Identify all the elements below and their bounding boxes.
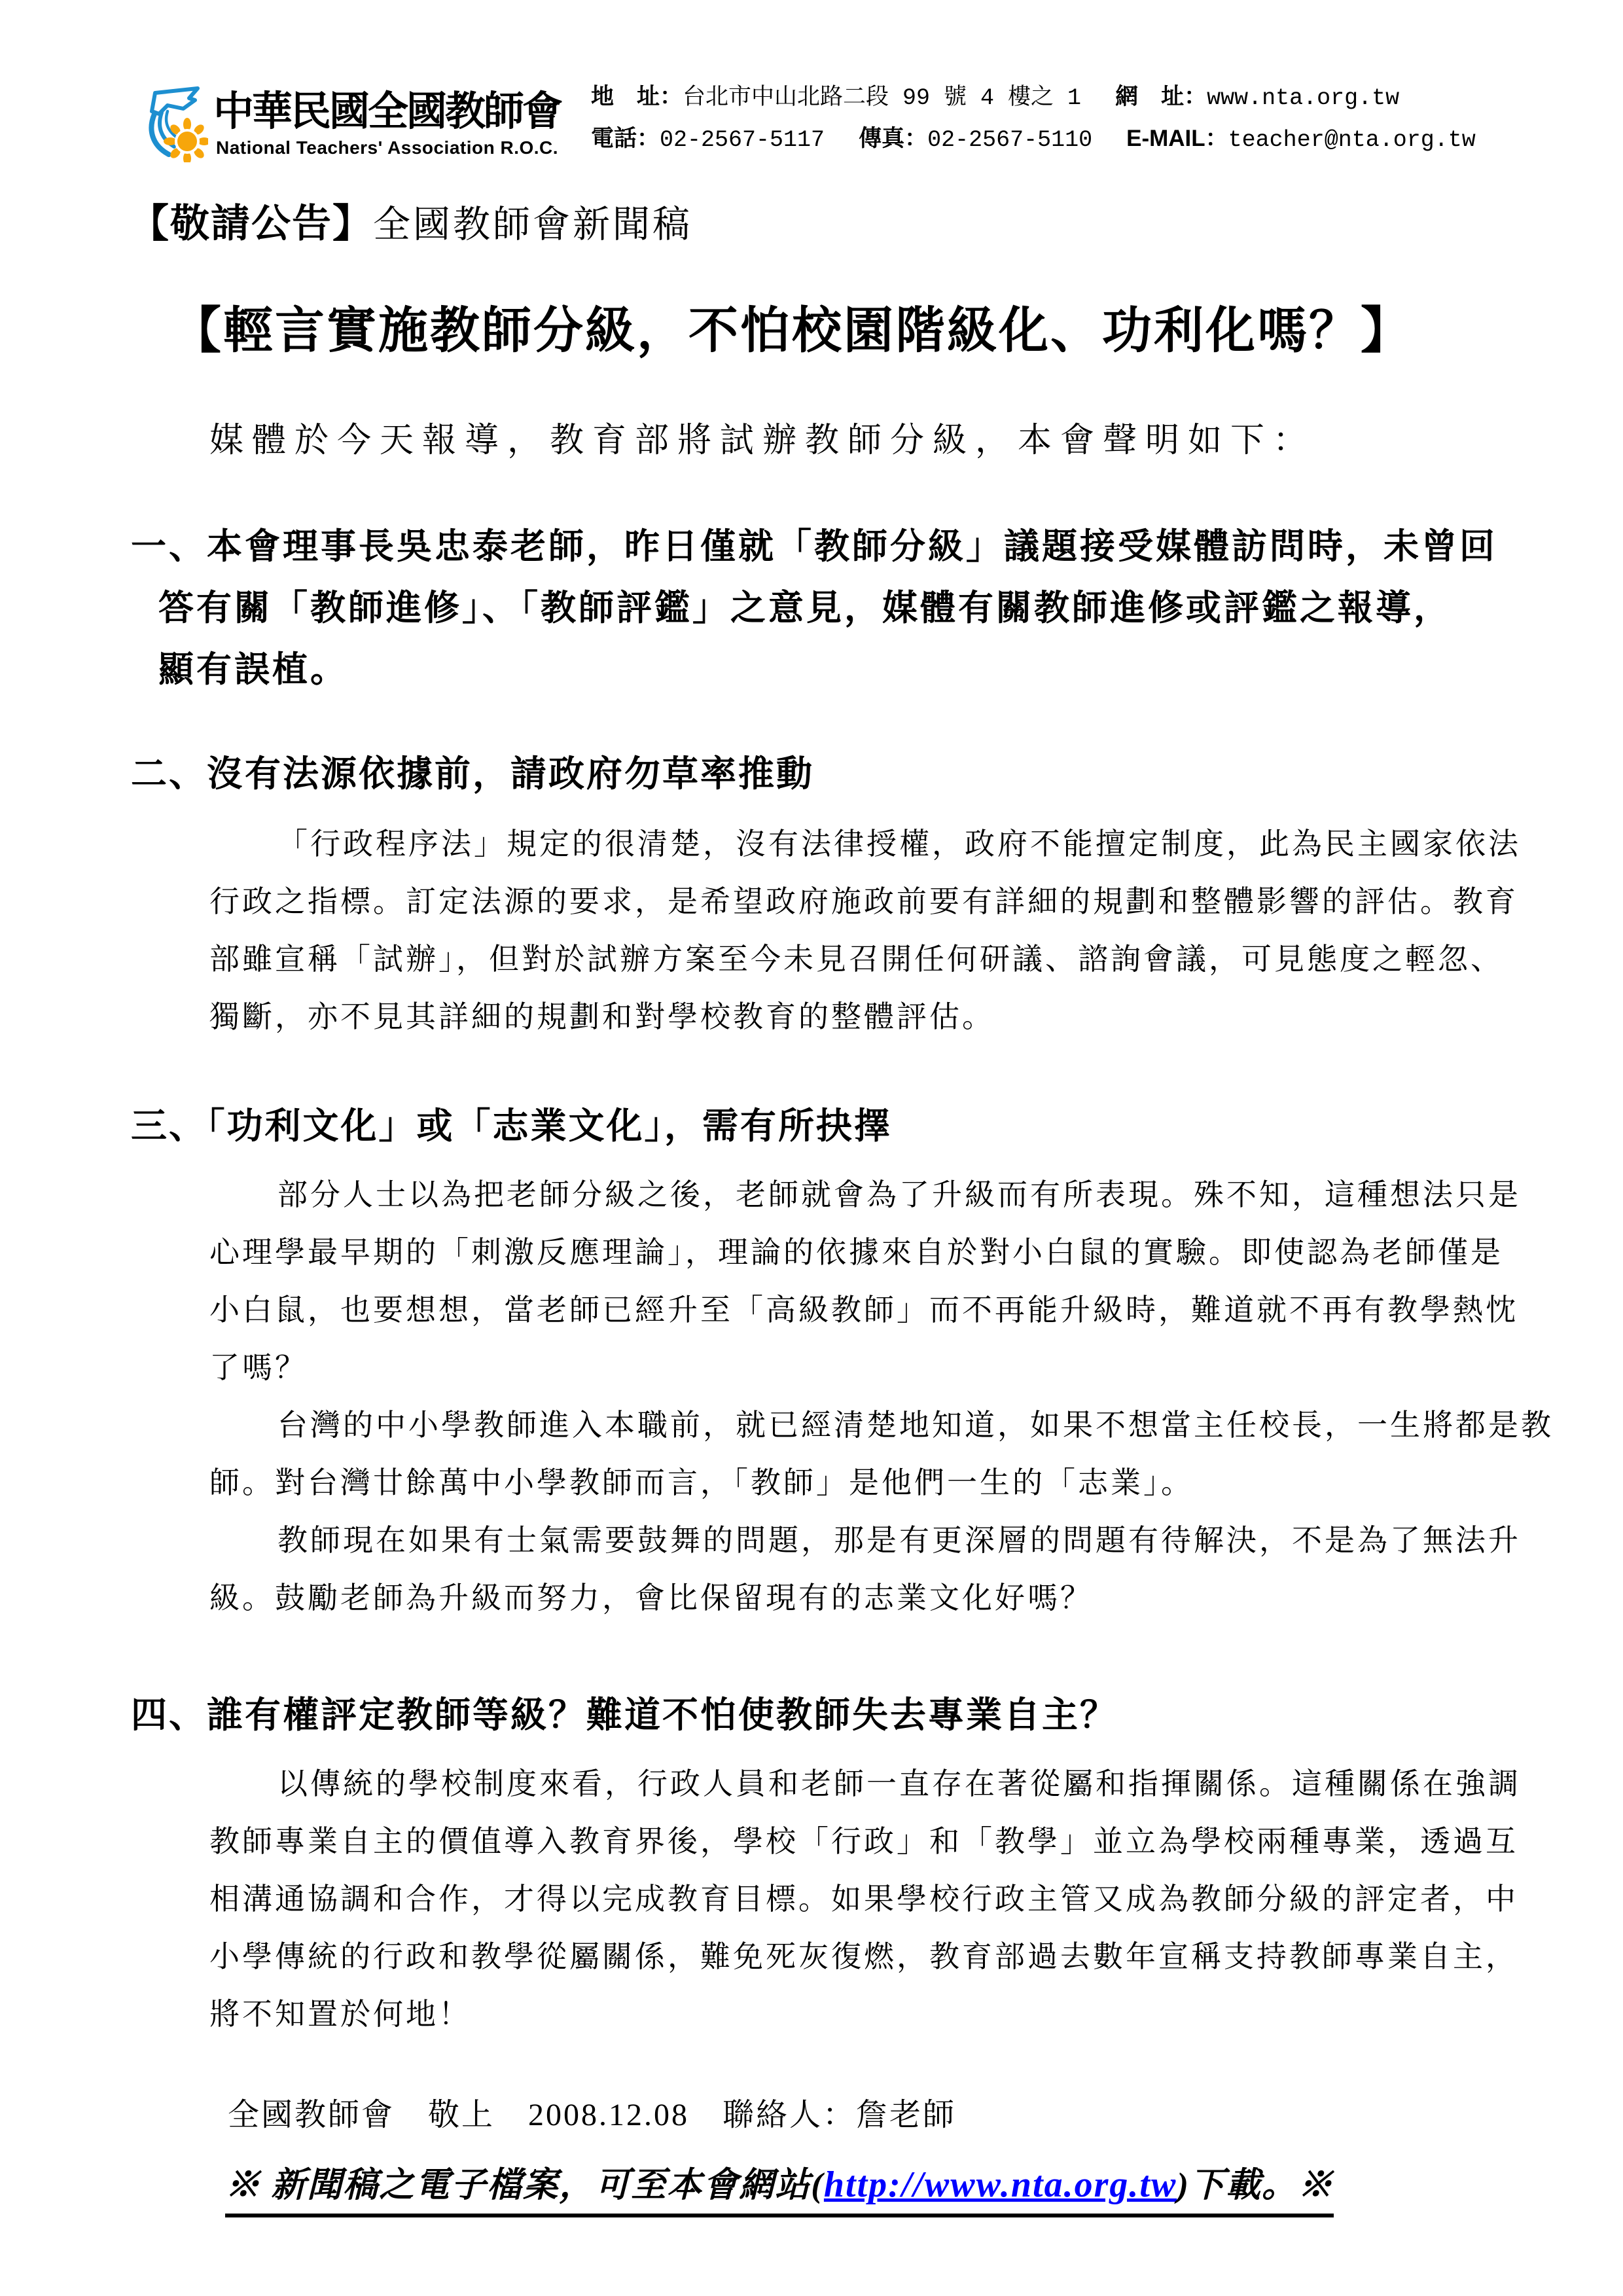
body-line: 小學傳統的行政和教學從屬關係，難免死灰復燃，教育部過去數年宣稱支持教師專業自主，	[209, 1928, 1521, 1986]
fax-value: 02-2567-5110	[927, 127, 1092, 153]
body-line: 台灣的中小學教師進入本職前，就已經清楚地知道，如果不想當主任校長，一生將都是教	[209, 1397, 1554, 1454]
intro-paragraph: 媒體於今天報導，教育部將試辦教師分級，本會聲明如下：	[209, 412, 1315, 461]
nta-logo-icon	[145, 85, 208, 162]
body-line: 級。鼓勵老師為升級而努力，會比保留現有的志業文化好嗎？	[209, 1570, 1554, 1627]
body-line: 教師專業自主的價值導入教育界後，學校「行政」和「教學」並立為學校兩種專業，透過互	[209, 1813, 1521, 1871]
org-name-zh: 中華民國全國教師會	[213, 79, 561, 137]
section-2-heading: 二、沒有法源依據前，請政府勿草率推動	[131, 745, 814, 797]
body-line: 心理學最早期的「刺激反應理論」，理論的依據來自於對小白鼠的實驗。即使認為老師僅是	[209, 1224, 1554, 1282]
signoff-line: 全國教師會 敬上 2008.12.08 聯絡人：詹老師	[228, 2089, 956, 2134]
website-link[interactable]: http://www.nta.org.tw	[824, 2164, 1177, 2205]
logo-flag-shape	[152, 88, 198, 114]
body-line: 部分人士以為把老師分級之後，老師就會為了升級而有所表現。殊不知，這種想法只是	[209, 1166, 1554, 1224]
press-release-page: { "header": { "org_name_zh": "中華民國全國教師會"…	[0, 0, 1623, 2296]
section-4-heading: 四、誰有權評定教師等級？難道不怕使教師失去專業自主？	[131, 1686, 1118, 1738]
download-note-suffix: )下載。※	[1177, 2166, 1334, 2204]
phone-label: 電話：	[591, 126, 660, 151]
download-note-prefix: ※ 新聞稿之電子檔案，可至本會網站(	[225, 2166, 824, 2204]
section-1-line: 答有關「教師進修」、「教師評鑑」之意見，媒體有關教師進修或評鑑之報導，	[131, 577, 1497, 639]
announcement-bracket: 【敬請公告】	[130, 202, 373, 245]
body-line: 了嗎？	[209, 1339, 1554, 1397]
section-1-text: 本會理事長吳忠泰老師，昨日僅就「教師分級」議題接受媒體訪問時，未曾回	[207, 527, 1497, 566]
body-line: 獨斷，亦不見其詳細的規劃和對學校教育的整體評估。	[209, 988, 1521, 1046]
announcement-line: 【敬請公告】全國教師會新聞稿	[130, 196, 692, 262]
body-line: 以傳統的學校制度來看，行政人員和老師一直存在著從屬和指揮關係。這種關係在強調	[209, 1755, 1521, 1813]
contact-info: 地 址：台北市中山北路二段 99 號 4 樓之 1網 址：www.nta.org…	[591, 76, 1476, 160]
section-1: 一、本會理事長吳忠泰老師，昨日僅就「教師分級」議題接受媒體訪問時，未曾回 答有關…	[131, 516, 1497, 700]
announcement-text: 全國教師會新聞稿	[373, 204, 692, 245]
body-line: 相溝通協調和合作，才得以完成教育目標。如果學校行政主管又成為教師分級的評定者，中	[209, 1871, 1521, 1928]
section-4-body: 以傳統的學校制度來看，行政人員和老師一直存在著從屬和指揮關係。這種關係在強調 教…	[209, 1755, 1521, 2043]
contact-line-2: 電話：02-2567-5117傳真：02-2567-5110E-MAIL：tea…	[591, 118, 1476, 160]
email-value: teacher@nta.org.tw	[1228, 127, 1476, 153]
section-1-line: 顯有誤植。	[131, 639, 1497, 700]
section-1-marker: 一、	[131, 527, 207, 566]
body-line: 「行政程序法」規定的很清楚，沒有法律授權，政府不能擅定制度，此為民主國家依法	[209, 816, 1521, 873]
fax-label: 傳真：	[859, 126, 927, 151]
website-label: 網 址：	[1115, 84, 1207, 109]
section-1-line: 一、本會理事長吳忠泰老師，昨日僅就「教師分級」議題接受媒體訪問時，未曾回	[131, 516, 1497, 577]
section-3-body: 部分人士以為把老師分級之後，老師就會為了升級而有所表現。殊不知，這種想法只是 心…	[209, 1166, 1554, 1627]
body-line: 部雖宣稱「試辦」，但對於試辦方案至今未見召開任何研議、諮詢會議，可見態度之輕忽、	[209, 931, 1521, 988]
body-line: 教師現在如果有士氣需要鼓舞的問題，那是有更深層的問題有待解決，不是為了無法升	[209, 1512, 1554, 1570]
section-3-heading: 三、「功利文化」或「志業文化」，需有所抉擇	[131, 1097, 892, 1149]
org-name-en: National Teachers' Association R.O.C.	[216, 137, 558, 158]
website-value: www.nta.org.tw	[1207, 85, 1399, 111]
contact-line-1: 地 址：台北市中山北路二段 99 號 4 樓之 1網 址：www.nta.org…	[591, 76, 1476, 118]
download-note: ※ 新聞稿之電子檔案，可至本會網站(http://www.nta.org.tw)…	[225, 2157, 1334, 2217]
press-release-title: 【輕言實施教師分級，不怕校園階級化、功利化嗎？】	[171, 291, 1412, 362]
address-value: 台北市中山北路二段 99 號 4 樓之 1	[683, 85, 1081, 111]
address-label: 地 址：	[591, 84, 683, 109]
section-2-body: 「行政程序法」規定的很清楚，沒有法律授權，政府不能擅定制度，此為民主國家依法 行…	[209, 816, 1521, 1046]
body-line: 行政之指標。訂定法源的要求，是希望政府施政前要有詳細的規劃和整體影響的評估。教育	[209, 873, 1521, 931]
body-line: 將不知置於何地！	[209, 1986, 1521, 2043]
email-label: E-MAIL：	[1126, 126, 1228, 151]
phone-value: 02-2567-5117	[660, 127, 825, 153]
body-line: 小白鼠，也要想想，當老師已經升至「高級教師」而不再能升級時，難道就不再有教學熱忱	[209, 1282, 1554, 1339]
body-line: 師。對台灣廿餘萬中小學教師而言，「教師」是他們一生的「志業」。	[209, 1454, 1554, 1512]
